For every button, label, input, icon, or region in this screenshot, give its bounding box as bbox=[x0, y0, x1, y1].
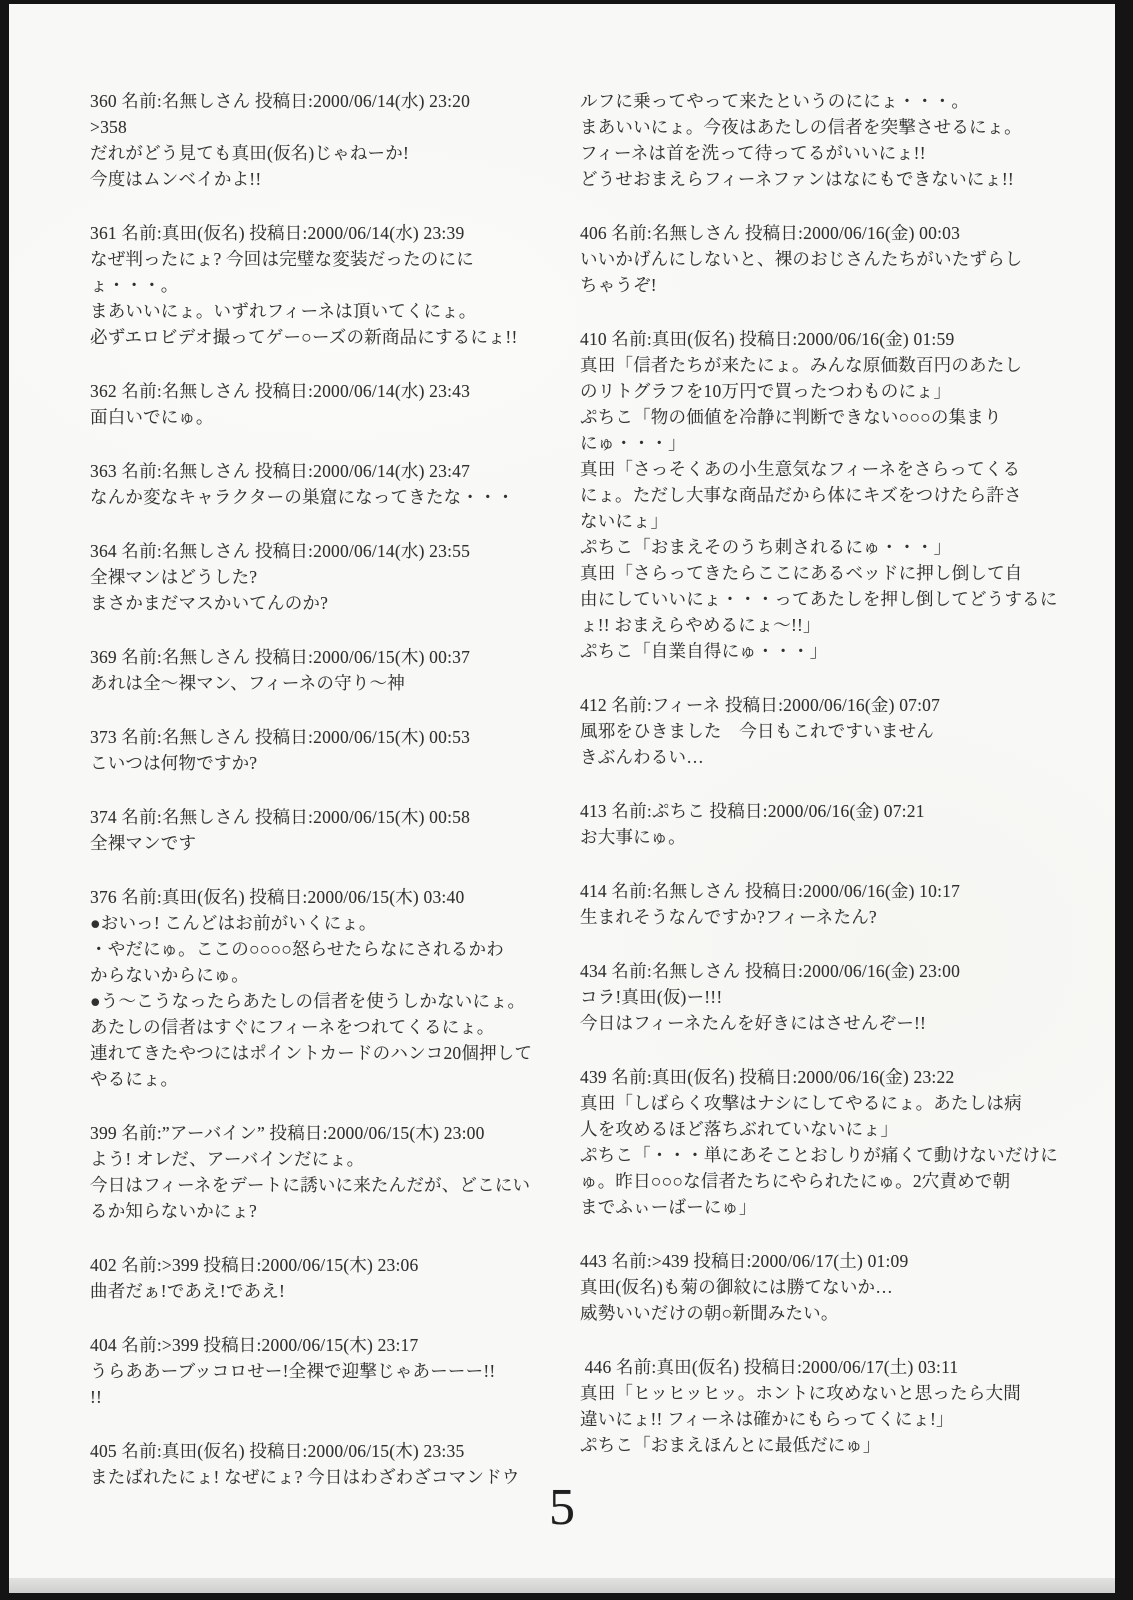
post-line: あたしの信者はすぐにフィーネをつれてくるにょ。 bbox=[90, 1014, 545, 1040]
post-line: 違いにょ!! フィーネは確かにもらってくにょ!」 bbox=[580, 1406, 1080, 1432]
post-header: 373 名前:名無しさん 投稿日:2000/06/15(木) 00:53 bbox=[90, 724, 545, 750]
post-header: 434 名前:名無しさん 投稿日:2000/06/16(金) 23:00 bbox=[580, 958, 1080, 984]
post-line: 真田(仮名)も菊の御紋には勝てないか… bbox=[580, 1274, 1080, 1300]
post-header: 360 名前:名無しさん 投稿日:2000/06/14(水) 23:20 bbox=[90, 88, 545, 114]
post-line: あれは全〜裸マン、フィーネの守り〜神 bbox=[90, 670, 545, 696]
post-line: ぷちこ「・・・単にあそことおしりが痛くて動けないだけに bbox=[580, 1142, 1080, 1168]
post-header: 374 名前:名無しさん 投稿日:2000/06/15(木) 00:58 bbox=[90, 804, 545, 830]
bbs-post: 410 名前:真田(仮名) 投稿日:2000/06/16(金) 01:59真田「… bbox=[580, 326, 1080, 664]
post-header: 364 名前:名無しさん 投稿日:2000/06/14(水) 23:55 bbox=[90, 538, 545, 564]
post-line: きぶんわるい… bbox=[580, 744, 1080, 770]
bbs-post: 439 名前:真田(仮名) 投稿日:2000/06/16(金) 23:22真田「… bbox=[580, 1064, 1080, 1220]
post-line: まあいいにょ。いずれフィーネは頂いてくにょ。 bbox=[90, 298, 545, 324]
post-line: ちゃうぞ! bbox=[580, 272, 1080, 298]
post-header: 414 名前:名無しさん 投稿日:2000/06/16(金) 10:17 bbox=[580, 878, 1080, 904]
post-line: コラ!真田(仮)ー!!! bbox=[580, 984, 1080, 1010]
bbs-post: 362 名前:名無しさん 投稿日:2000/06/14(水) 23:43面白いで… bbox=[90, 378, 545, 430]
post-header: 402 名前:>399 投稿日:2000/06/15(木) 23:06 bbox=[90, 1252, 545, 1278]
bbs-post: 406 名前:名無しさん 投稿日:2000/06/16(金) 00:03いいかげ… bbox=[580, 220, 1080, 298]
post-line: 威勢いいだけの朝○新聞みたい。 bbox=[580, 1300, 1080, 1326]
post-line: うらああーブッコロせー!全裸で迎撃じゃあーーー!! bbox=[90, 1358, 545, 1384]
post-line: 面白いでにゅ。 bbox=[90, 404, 545, 430]
page-number: 5 bbox=[9, 1478, 1115, 1538]
post-line: ぷちこ「おまえそのうち刺されるにゅ・・・」 bbox=[580, 534, 1080, 560]
post-line: お大事にゅ。 bbox=[580, 824, 1080, 850]
post-line: !! bbox=[90, 1384, 545, 1410]
post-header: 376 名前:真田(仮名) 投稿日:2000/06/15(木) 03:40 bbox=[90, 884, 545, 910]
post-line: にょ。ただし大事な商品だから体にキズをつけたら許さ bbox=[580, 482, 1080, 508]
post-line: 真田「さっそくあの小生意気なフィーネをさらってくる bbox=[580, 456, 1080, 482]
post-header: 362 名前:名無しさん 投稿日:2000/06/14(水) 23:43 bbox=[90, 378, 545, 404]
post-header: 439 名前:真田(仮名) 投稿日:2000/06/16(金) 23:22 bbox=[580, 1064, 1080, 1090]
post-header: 413 名前:ぷちこ 投稿日:2000/06/16(金) 07:21 bbox=[580, 798, 1080, 824]
post-line: やるにょ。 bbox=[90, 1066, 545, 1092]
post-header: 369 名前:名無しさん 投稿日:2000/06/15(木) 00:37 bbox=[90, 644, 545, 670]
post-line: ルフに乗ってやって来たというのににょ・・・。 bbox=[580, 88, 1080, 114]
scan-bottom-shadow bbox=[9, 1578, 1115, 1593]
post-line: フィーネは首を洗って待ってるがいいにょ!! bbox=[580, 140, 1080, 166]
post-header: 446 名前:真田(仮名) 投稿日:2000/06/17(土) 03:11 bbox=[580, 1354, 1080, 1380]
bbs-post: 369 名前:名無しさん 投稿日:2000/06/15(木) 00:37あれは全… bbox=[90, 644, 545, 696]
post-line: 連れてきたやつにはポイントカードのハンコ20個押して bbox=[90, 1040, 545, 1066]
bbs-post: 414 名前:名無しさん 投稿日:2000/06/16(金) 10:17生まれそ… bbox=[580, 878, 1080, 930]
post-line: ●おいっ! こんどはお前がいくにょ。 bbox=[90, 910, 545, 936]
post-line: ゅ。昨日○○○な信者たちにやられたにゅ。2穴責めで朝 bbox=[580, 1168, 1080, 1194]
bbs-post: 413 名前:ぷちこ 投稿日:2000/06/16(金) 07:21お大事にゅ。 bbox=[580, 798, 1080, 850]
post-header: 412 名前:フィーネ 投稿日:2000/06/16(金) 07:07 bbox=[580, 692, 1080, 718]
bbs-post: 446 名前:真田(仮名) 投稿日:2000/06/17(土) 03:11真田「… bbox=[580, 1354, 1080, 1458]
bbs-post: 402 名前:>399 投稿日:2000/06/15(木) 23:06曲者だぁ!… bbox=[90, 1252, 545, 1304]
post-header: 405 名前:真田(仮名) 投稿日:2000/06/15(木) 23:35 bbox=[90, 1438, 545, 1464]
post-line: なぜ判ったにょ? 今回は完璧な変装だったのににょ・・・。 bbox=[90, 246, 545, 298]
post-line: からないからにゅ。 bbox=[90, 962, 545, 988]
post-line: ●う〜こうなったらあたしの信者を使うしかないにょ。 bbox=[90, 988, 545, 1014]
post-line: ょ!! おまえらやめるにょ〜!!」 bbox=[580, 612, 1080, 638]
right-column: ルフに乗ってやって来たというのににょ・・・。まあいいにょ。今夜はあたしの信者を突… bbox=[580, 88, 1080, 1458]
post-line: 全裸マンです bbox=[90, 830, 545, 856]
post-line: まあいいにょ。今夜はあたしの信者を突撃させるにょ。 bbox=[580, 114, 1080, 140]
bbs-post: 360 名前:名無しさん 投稿日:2000/06/14(水) 23:20>358… bbox=[90, 88, 545, 192]
bbs-post: 376 名前:真田(仮名) 投稿日:2000/06/15(木) 03:40●おい… bbox=[90, 884, 545, 1092]
post-line: のリトグラフを10万円で買ったつわものにょ」 bbox=[580, 378, 1080, 404]
post-line: 真田「さらってきたらここにあるベッドに押し倒して自 bbox=[580, 560, 1080, 586]
bbs-post: 399 名前:”アーバイン” 投稿日:2000/06/15(木) 23:00よう… bbox=[90, 1120, 545, 1224]
post-header: 406 名前:名無しさん 投稿日:2000/06/16(金) 00:03 bbox=[580, 220, 1080, 246]
page: 360 名前:名無しさん 投稿日:2000/06/14(水) 23:20>358… bbox=[9, 4, 1115, 1578]
post-line: まさかまだマスかいてんのか? bbox=[90, 590, 545, 616]
post-line: 生まれそうなんですか?フィーネたん? bbox=[580, 904, 1080, 930]
post-line: ・やだにゅ。ここの○○○○怒らせたらなにされるかわ bbox=[90, 936, 545, 962]
post-line: だれがどう見ても真田(仮名)じゃねーか! bbox=[90, 140, 545, 166]
post-header: 410 名前:真田(仮名) 投稿日:2000/06/16(金) 01:59 bbox=[580, 326, 1080, 352]
post-line: ぷちこ「物の価値を冷静に判断できない○○○の集まり bbox=[580, 404, 1080, 430]
left-column: 360 名前:名無しさん 投稿日:2000/06/14(水) 23:20>358… bbox=[90, 88, 545, 1490]
post-header: 443 名前:>439 投稿日:2000/06/17(土) 01:09 bbox=[580, 1248, 1080, 1274]
post-header: 363 名前:名無しさん 投稿日:2000/06/14(水) 23:47 bbox=[90, 458, 545, 484]
bbs-post: 373 名前:名無しさん 投稿日:2000/06/15(木) 00:53こいつは… bbox=[90, 724, 545, 776]
post-line: こいつは何物ですか? bbox=[90, 750, 545, 776]
post-header: 404 名前:>399 投稿日:2000/06/15(木) 23:17 bbox=[90, 1332, 545, 1358]
post-line: 風邪をひきました 今日もこれですいません bbox=[580, 718, 1080, 744]
post-line: どうせおまえらフィーネファンはなにもできないにょ!! bbox=[580, 166, 1080, 192]
post-header: 361 名前:真田(仮名) 投稿日:2000/06/14(水) 23:39 bbox=[90, 220, 545, 246]
post-line: >358 bbox=[90, 114, 545, 140]
post-line: 全裸マンはどうした? bbox=[90, 564, 545, 590]
bbs-post: 404 名前:>399 投稿日:2000/06/15(木) 23:17うらああー… bbox=[90, 1332, 545, 1410]
post-line: 曲者だぁ!であえ!であえ! bbox=[90, 1278, 545, 1304]
post-line: にゅ・・・」 bbox=[580, 430, 1080, 456]
bbs-post: 374 名前:名無しさん 投稿日:2000/06/15(木) 00:58全裸マン… bbox=[90, 804, 545, 856]
post-line: 真田「ヒッヒッヒッ。ホントに攻めないと思ったら大間 bbox=[580, 1380, 1080, 1406]
post-line: 人を攻めるほど落ちぶれていないにょ」 bbox=[580, 1116, 1080, 1142]
post-line: ぷちこ「おまえほんとに最低だにゅ」 bbox=[580, 1432, 1080, 1458]
bbs-post: 363 名前:名無しさん 投稿日:2000/06/14(水) 23:47なんか変… bbox=[90, 458, 545, 510]
post-line: 必ずエロビデオ撮ってゲー○ーズの新商品にするにょ!! bbox=[90, 324, 545, 350]
post-line: ぷちこ「自業自得にゅ・・・」 bbox=[580, 638, 1080, 664]
post-line: なんか変なキャラクターの巣窟になってきたな・・・ bbox=[90, 484, 545, 510]
post-line: までふぃーばーにゅ」 bbox=[580, 1194, 1080, 1220]
post-line: 真田「しばらく攻撃はナシにしてやるにょ。あたしは病 bbox=[580, 1090, 1080, 1116]
bbs-post: 412 名前:フィーネ 投稿日:2000/06/16(金) 07:07風邪をひき… bbox=[580, 692, 1080, 770]
post-line: 今日はフィーネをデートに誘いに来たんだが、どこにい bbox=[90, 1172, 545, 1198]
bbs-post: 434 名前:名無しさん 投稿日:2000/06/16(金) 23:00コラ!真… bbox=[580, 958, 1080, 1036]
post-line: 由にしていいにょ・・・ってあたしを押し倒してどうするに bbox=[580, 586, 1080, 612]
post-line: ないにょ」 bbox=[580, 508, 1080, 534]
post-header: 399 名前:”アーバイン” 投稿日:2000/06/15(木) 23:00 bbox=[90, 1120, 545, 1146]
scanned-page: 360 名前:名無しさん 投稿日:2000/06/14(水) 23:20>358… bbox=[0, 0, 1133, 1600]
bbs-post: ルフに乗ってやって来たというのににょ・・・。まあいいにょ。今夜はあたしの信者を突… bbox=[580, 88, 1080, 192]
bbs-post: 364 名前:名無しさん 投稿日:2000/06/14(水) 23:55全裸マン… bbox=[90, 538, 545, 616]
post-line: るか知らないかにょ? bbox=[90, 1198, 545, 1224]
post-line: 今度はムンベイかよ!! bbox=[90, 166, 545, 192]
bbs-post: 443 名前:>439 投稿日:2000/06/17(土) 01:09真田(仮名… bbox=[580, 1248, 1080, 1326]
post-line: よう! オレだ、アーバインだにょ。 bbox=[90, 1146, 545, 1172]
bbs-post: 361 名前:真田(仮名) 投稿日:2000/06/14(水) 23:39なぜ判… bbox=[90, 220, 545, 350]
post-line: 今日はフィーネたんを好きにはさせんぞー!! bbox=[580, 1010, 1080, 1036]
post-line: 真田「信者たちが来たにょ。みんな原価数百円のあたし bbox=[580, 352, 1080, 378]
post-line: いいかげんにしないと、裸のおじさんたちがいたずらし bbox=[580, 246, 1080, 272]
